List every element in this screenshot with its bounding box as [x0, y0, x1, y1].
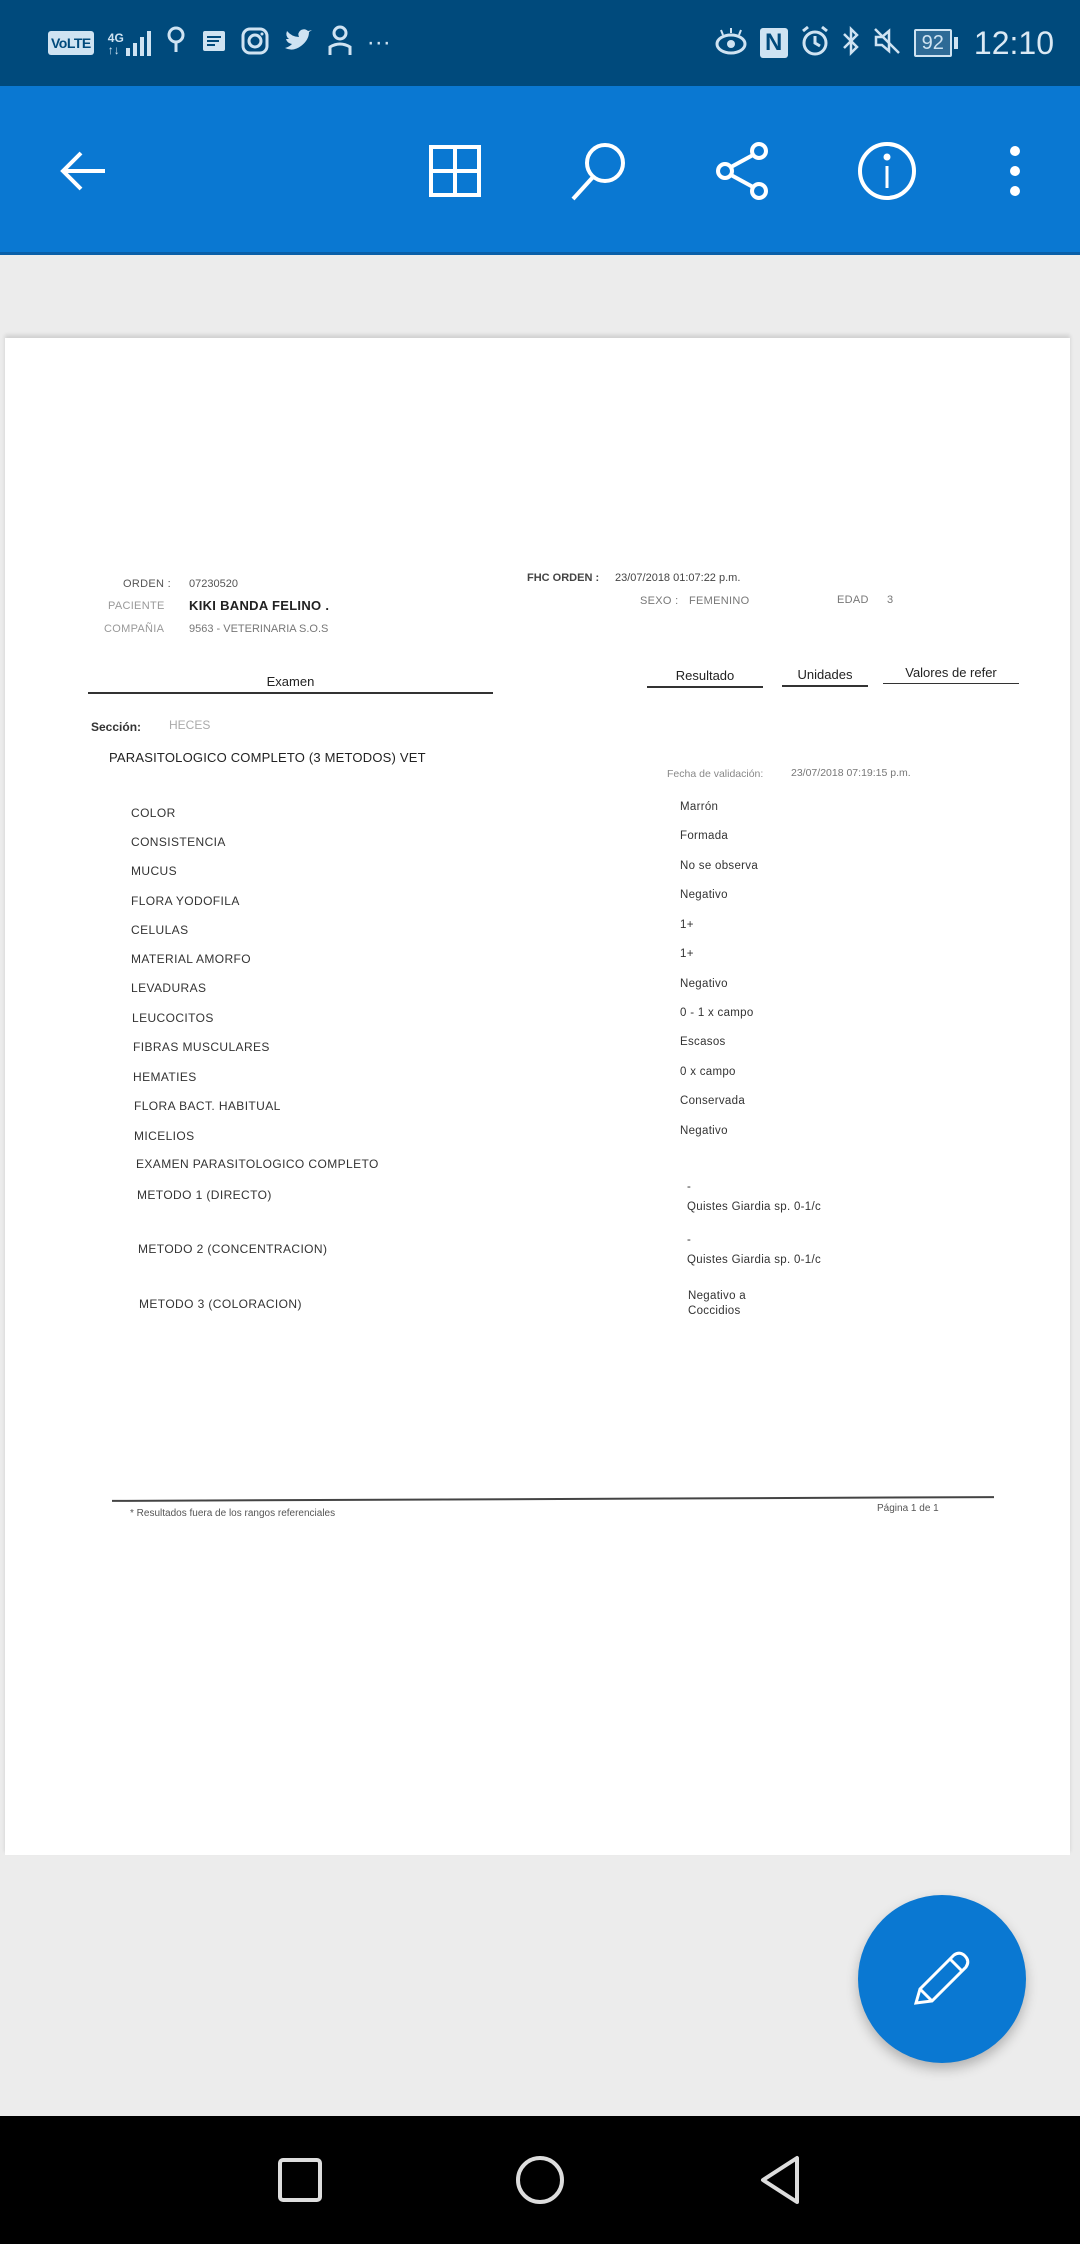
grid-view-button[interactable]: [420, 136, 490, 206]
compania-label: COMPAÑIA: [104, 623, 164, 635]
method-result-line2: Coccidios: [688, 1305, 741, 1317]
volte-icon: VoLTE: [48, 31, 94, 55]
result-value: Marrón: [680, 801, 718, 813]
arrow-left-icon: [55, 143, 111, 199]
result-name: CONSISTENCIA: [131, 835, 226, 849]
home-circle-icon: [514, 2154, 566, 2206]
method-name: METODO 1 (DIRECTO): [137, 1188, 272, 1202]
result-name: FIBRAS MUSCULARES: [133, 1040, 270, 1054]
back-triangle-icon: [757, 2154, 803, 2206]
nfc-icon: N: [760, 28, 788, 58]
result-name: LEUCOCITOS: [132, 1011, 214, 1025]
clock: 12:10: [974, 25, 1054, 62]
back-button[interactable]: [48, 136, 118, 206]
result-value: Formada: [680, 830, 728, 842]
info-icon: [856, 140, 918, 202]
instagram-icon: [241, 27, 269, 60]
result-value: Negativo: [680, 1125, 728, 1137]
status-bar-system: N 92 12:10: [714, 22, 1054, 64]
validation-value: 23/07/2018 07:19:15 p.m.: [791, 767, 911, 779]
test-title: PARASITOLOGICO COMPLETO (3 METODOS) VET: [109, 750, 426, 765]
edit-fab-button[interactable]: [858, 1895, 1026, 2063]
method-result-line1: Negativo a: [688, 1290, 746, 1302]
column-header-examen: Examen: [88, 674, 493, 694]
eye-comfort-icon: [714, 26, 748, 61]
page-indicator: Página 1 de 1: [877, 1503, 939, 1514]
twitter-icon: [283, 28, 313, 59]
result-name: MICELIOS: [134, 1129, 195, 1143]
more-options-button[interactable]: [980, 136, 1050, 206]
grid-view-icon: [427, 143, 483, 199]
mute-icon: [872, 26, 902, 61]
bluetooth-icon: [842, 25, 860, 62]
result-value: 0 - 1 x campo: [680, 1007, 754, 1019]
seccion-value: HECES: [169, 718, 210, 732]
sexo-label: SEXO :: [640, 595, 678, 607]
signal-4g-icon: 4G↑↓: [108, 30, 151, 56]
more-notifications-icon: ···: [367, 28, 391, 58]
home-button[interactable]: [510, 2150, 570, 2210]
result-name: FLORA BACT. HABITUAL: [134, 1099, 281, 1113]
search-button[interactable]: [564, 136, 634, 206]
method-name: METODO 2 (CONCENTRACION): [138, 1242, 327, 1256]
document-page[interactable]: ORDEN : 07230520 PACIENTE KIKI BANDA FEL…: [5, 338, 1070, 1855]
validation-label: Fecha de validación:: [667, 768, 763, 780]
status-bar-notifications: VoLTE 4G↑↓ ···: [48, 22, 391, 64]
edad-label: EDAD: [837, 594, 869, 606]
pencil-icon: [910, 1947, 974, 2011]
fhc-orden-label: FHC ORDEN :: [527, 572, 599, 584]
back-nav-button[interactable]: [750, 2150, 810, 2210]
method-result-line2: Quistes Giardia sp. 0-1/c: [687, 1254, 821, 1266]
result-value: No se observa: [680, 860, 758, 872]
column-header-resultado: Resultado: [647, 668, 763, 688]
search-icon: [567, 139, 631, 203]
result-name: MUCUS: [131, 864, 177, 878]
result-name: CELULAS: [131, 923, 189, 937]
message-icon: [201, 28, 227, 59]
orden-value: 07230520: [189, 578, 238, 590]
result-value: 1+: [680, 919, 694, 931]
recents-square-icon: [277, 2157, 323, 2203]
method-result-line1: -: [687, 1234, 691, 1246]
share-icon: [713, 141, 773, 201]
result-value: Escasos: [680, 1036, 726, 1048]
sexo-value: FEMENINO: [689, 595, 749, 607]
missed-call-icon: [327, 25, 353, 62]
navigation-bar: [0, 2116, 1080, 2244]
battery-icon: 92: [914, 29, 952, 57]
result-value: Negativo: [680, 978, 728, 990]
result-name: FLORA YODOFILA: [131, 894, 240, 908]
result-name: COLOR: [131, 806, 176, 820]
footer-divider: [112, 1496, 994, 1502]
location-icon: [165, 25, 187, 61]
column-header-valores: Valores de refer: [883, 665, 1019, 684]
column-header-unidades: Unidades: [782, 667, 868, 687]
info-button[interactable]: [852, 136, 922, 206]
edad-value: 3: [887, 594, 893, 606]
fhc-orden-value: 23/07/2018 01:07:22 p.m.: [615, 572, 740, 584]
result-value: 0 x campo: [680, 1066, 736, 1078]
paciente-label: PACIENTE: [108, 600, 165, 612]
subsection-title: EXAMEN PARASITOLOGICO COMPLETO: [136, 1157, 379, 1171]
method-result-line2: Quistes Giardia sp. 0-1/c: [687, 1201, 821, 1213]
result-name: HEMATIES: [133, 1070, 197, 1084]
result-name: MATERIAL AMORFO: [131, 952, 251, 966]
alarm-icon: [800, 25, 830, 62]
paciente-value: KIKI BANDA FELINO .: [189, 598, 329, 613]
status-bar: VoLTE 4G↑↓ ··· N: [0, 0, 1080, 86]
recents-button[interactable]: [270, 2150, 330, 2210]
footer-note: * Resultados fuera de los rangos referen…: [130, 1508, 335, 1519]
seccion-label: Sección:: [91, 720, 141, 734]
share-button[interactable]: [708, 136, 778, 206]
more-vert-icon: [1005, 143, 1025, 199]
orden-label: ORDEN :: [123, 578, 171, 590]
result-value: 1+: [680, 948, 694, 960]
result-value: Conservada: [680, 1095, 745, 1107]
result-name: LEVADURAS: [131, 981, 206, 995]
app-bar: [0, 86, 1080, 255]
method-result-line1: -: [687, 1181, 691, 1193]
result-value: Negativo: [680, 889, 728, 901]
compania-value: 9563 - VETERINARIA S.O.S: [189, 623, 328, 635]
method-name: METODO 3 (COLORACION): [139, 1297, 302, 1311]
